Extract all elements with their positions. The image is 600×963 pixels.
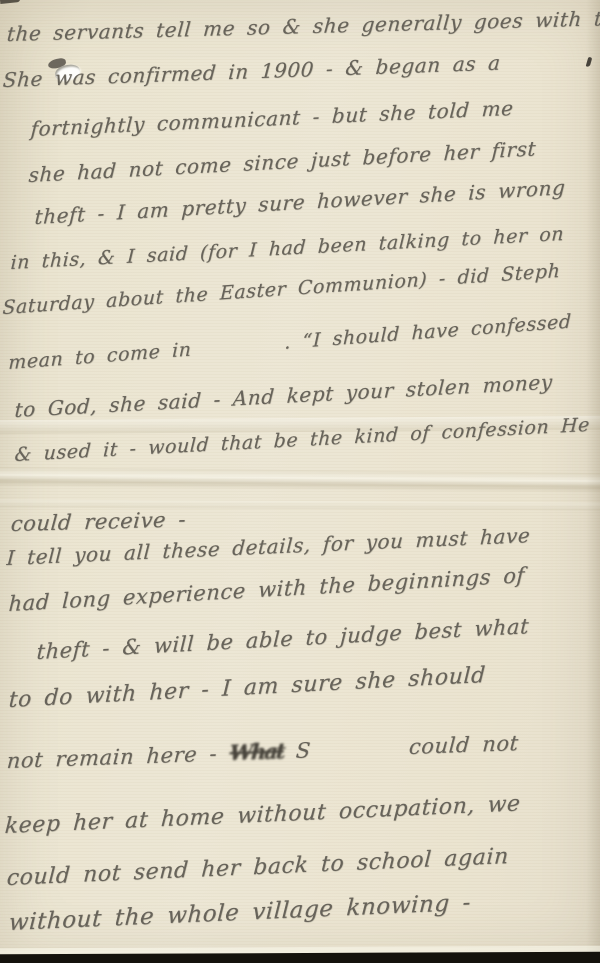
handwriting-line-9: to God, she said - And kept your stolen … — [14, 370, 553, 422]
handwriting-text: S could not — [283, 731, 520, 763]
handwriting-line-10: & used it - would that be the kind of co… — [14, 414, 591, 466]
letter-page: the servants tell me so & she generally … — [0, 0, 600, 963]
scan-edge-top-left — [0, 0, 20, 4]
handwriting-line-5: theft - I am pretty sure however she is … — [34, 175, 566, 229]
handwriting-line-1: the servants tell me so & she generally … — [6, 5, 600, 46]
handwriting-line-18: could not send her back to school again — [6, 844, 510, 891]
handwriting-line-14: theft - & will be able to judge best wha… — [36, 614, 530, 664]
paper-edge-shadow — [586, 0, 600, 963]
handwriting-line-19: without the whole village knowing - — [8, 890, 472, 936]
handwriting-line-16: not remain here - What S could not — [6, 730, 520, 773]
handwriting-line-4: she had not come since just before her f… — [28, 136, 537, 187]
handwriting-line-8: mean to come in . “I should have confess… — [8, 311, 572, 374]
handwriting-line-3: fortnightly communicant - but she told m… — [30, 96, 514, 141]
handwriting-line-17: keep her at home without occupation, we — [4, 791, 521, 839]
handwriting-line-15: to do with her - I am sure she should — [8, 663, 486, 713]
handwriting-line-11: could receive - — [10, 507, 187, 536]
handwriting-text: not remain here - — [6, 741, 230, 773]
scan-edge-bottom — [0, 952, 600, 963]
handwriting-line-13: had long experience with the beginnings … — [8, 563, 525, 616]
handwriting-line-2: She was confirmed in 1900 - & began as a — [2, 51, 502, 92]
fold-crease-main — [0, 467, 600, 493]
scribbled-out-word: What — [229, 738, 285, 765]
